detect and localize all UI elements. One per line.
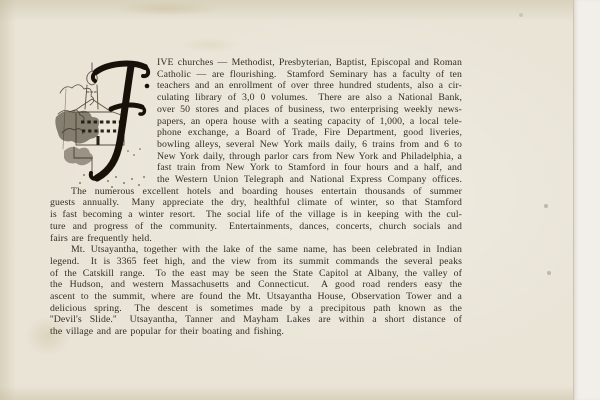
page-edge-bottom bbox=[0, 386, 600, 400]
text-line: delicious spring. The descent is sometim… bbox=[50, 303, 462, 315]
text-line: phone exchange, a Board of Trade, Fire D… bbox=[157, 127, 462, 139]
book-page: F bbox=[0, 0, 600, 400]
text-line: Mt. Utsayantha, together with the lake o… bbox=[50, 244, 462, 256]
text-line: Catholic — are flourishing. Stamford Sem… bbox=[157, 69, 462, 81]
text-block: F bbox=[50, 57, 462, 338]
text-line: of the Catskill range. To the east may b… bbox=[50, 268, 462, 280]
text-line: culating library of 3,0 0 volumes. There… bbox=[157, 92, 462, 104]
text-line: over 50 stores and places of business, t… bbox=[157, 104, 462, 116]
text-line: the village and are popular for their bo… bbox=[50, 326, 462, 338]
text-line: the Western Union Telegraph and National… bbox=[157, 174, 462, 186]
text-line: New York daily, through parlor cars from… bbox=[157, 151, 462, 163]
paper-stain bbox=[180, 38, 240, 52]
para-summer-guests: The numerous excellent hotels and boardi… bbox=[50, 186, 462, 245]
text-line: ''Devil's Slide.'' Utsayantha, Tanner an… bbox=[50, 314, 462, 326]
text-line: papers, an opera house with a seating ca… bbox=[157, 116, 462, 128]
page-edge-left bbox=[0, 0, 16, 400]
foliage-mass bbox=[55, 111, 99, 166]
paper-speck bbox=[547, 271, 551, 275]
text-line: teachers and an enrollment of over three… bbox=[157, 80, 462, 92]
text-line: ture and progress of the community. Ente… bbox=[50, 221, 462, 233]
text-line: the Hudson, and western Massachusetts an… bbox=[50, 279, 462, 291]
para-mt-utsayantha: Mt. Utsayantha, together with the lake o… bbox=[50, 244, 462, 338]
text-line: fairs are frequently held. bbox=[50, 233, 462, 245]
paper-speck bbox=[544, 204, 548, 208]
page-edge-top bbox=[0, 0, 600, 22]
text-line: guests annually. Many appreciate the dry… bbox=[50, 197, 462, 209]
text-line: IVE churches — Methodist, Presbyterian, … bbox=[157, 57, 462, 69]
text-line: fast train from New York to Stamford in … bbox=[157, 162, 462, 174]
text-line: bowling alleys, several New York mails d… bbox=[157, 139, 462, 151]
adjacent-page-edge bbox=[573, 0, 600, 400]
text-line: ascent to the summit, where are found th… bbox=[50, 291, 462, 303]
text-line: is fast becoming a winter resort. The so… bbox=[50, 209, 462, 221]
text-line: legend. It is 3365 feet high, and the vi… bbox=[50, 256, 462, 268]
church-engraving-svg bbox=[54, 59, 154, 189]
dropcap-f bbox=[91, 64, 149, 179]
dropcap-illustration: F bbox=[54, 59, 154, 189]
